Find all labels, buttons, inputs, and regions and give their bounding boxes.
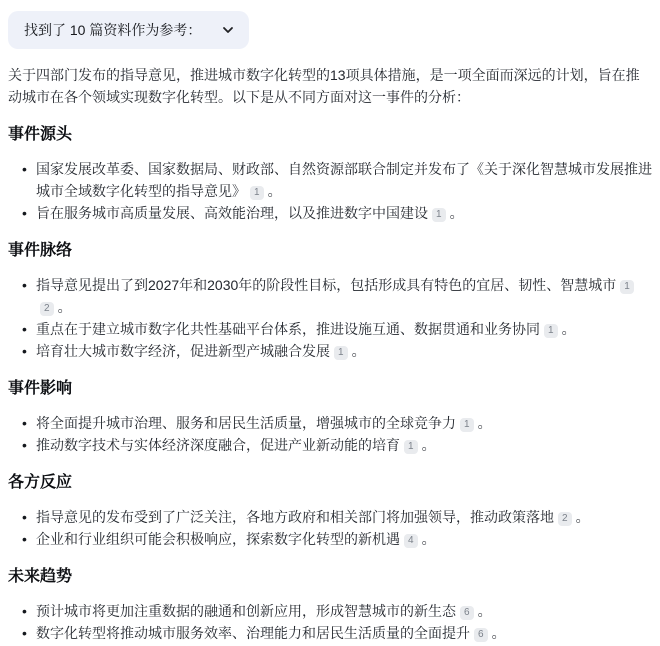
list-item: 旨在服务城市高质量发展、高效能治理，以及推进数字中国建设1。 [36, 202, 652, 224]
bullet-text: 数字化转型将推动城市服务效率、治理能力和居民生活质量的全面提升 [36, 625, 470, 641]
list-item: 将全面提升城市治理、服务和居民生活质量，增强城市的全球竞争力1。 [36, 412, 652, 434]
list-item: 国家发展改革委、国家数据局、财政部、自然资源部联合制定并发布了《关于深化智慧城市… [36, 158, 652, 202]
bullet-period: 。 [478, 603, 492, 619]
list-item: 指导意见的发布受到了广泛关注，各地方政府和相关部门将加强领导，推动政策落地2。 [36, 506, 652, 528]
list-item: 预计城市将更加注重数据的融通和创新应用，形成智慧城市的新生态6。 [36, 600, 652, 622]
citation-badge[interactable]: 1 [544, 324, 558, 338]
list-item: 指导意见提出了到2027年和2030年的阶段性目标，包括形成具有特色的宜居、韧性… [36, 274, 652, 318]
bullet-list: 将全面提升城市治理、服务和居民生活质量，增强城市的全球竞争力1。 推动数字技术与… [8, 412, 652, 456]
citation-badge[interactable]: 2 [40, 302, 54, 316]
section-heading: 各方反应 [8, 472, 652, 494]
bullet-period: 。 [422, 437, 436, 453]
bullet-period: 。 [268, 183, 282, 199]
bullet-text: 培育壮大城市数字经济，促进新型产城融合发展 [36, 343, 330, 359]
bullet-period: 。 [492, 625, 506, 641]
list-item: 企业和行业组织可能会积极响应，探索数字化转型的新机遇4。 [36, 528, 652, 550]
section-heading: 事件影响 [8, 378, 652, 400]
citation-badge[interactable]: 1 [432, 208, 446, 222]
bullet-text: 国家发展改革委、国家数据局、财政部、自然资源部联合制定并发布了《关于深化智慧城市… [36, 161, 652, 199]
citation-badge[interactable]: 1 [334, 346, 348, 360]
bullet-text: 指导意见的发布受到了广泛关注，各地方政府和相关部门将加强领导，推动政策落地 [36, 509, 554, 525]
section-heading: 未来趋势 [8, 566, 652, 588]
bullet-period: 。 [478, 415, 492, 431]
list-item: 重点在于建立城市数字化共性基础平台体系，推进设施互通、数据贯通和业务协同1。 [36, 318, 652, 340]
citation-badge[interactable]: 1 [460, 418, 474, 432]
list-item: 数字化转型将推动城市服务效率、治理能力和居民生活质量的全面提升6。 [36, 622, 652, 644]
citation-badge[interactable]: 1 [250, 186, 264, 200]
citation-badge[interactable]: 2 [558, 512, 572, 526]
intro-paragraph: 关于四部门发布的指导意见，推进城市数字化转型的13项具体措施，是一项全面而深远的… [8, 64, 652, 108]
citation-badge[interactable]: 4 [404, 534, 418, 548]
list-item: 推动数字技术与实体经济深度融合，促进产业新动能的培育1。 [36, 434, 652, 456]
citation-badge[interactable]: 6 [474, 628, 488, 642]
bullet-list: 指导意见的发布受到了广泛关注，各地方政府和相关部门将加强领导，推动政策落地2。 … [8, 506, 652, 550]
list-item: 培育壮大城市数字经济，促进新型产城融合发展1。 [36, 340, 652, 362]
bullet-text: 推动数字技术与实体经济深度融合，促进产业新动能的培育 [36, 437, 400, 453]
sources-banner[interactable]: 找到了 10 篇资料作为参考： [8, 11, 249, 49]
bullet-text: 预计城市将更加注重数据的融通和创新应用，形成智慧城市的新生态 [36, 603, 456, 619]
bullet-period: 。 [422, 531, 436, 547]
bullet-list: 国家发展改革委、国家数据局、财政部、自然资源部联合制定并发布了《关于深化智慧城市… [8, 158, 652, 224]
citation-badge[interactable]: 1 [404, 440, 418, 454]
citation-badge[interactable]: 6 [460, 606, 474, 620]
bullet-period: 。 [576, 509, 590, 525]
bullet-period: 。 [562, 321, 576, 337]
bullet-period: 。 [352, 343, 366, 359]
sources-banner-label: 找到了 10 篇资料作为参考： [24, 20, 201, 40]
bullet-period: 。 [450, 205, 464, 221]
bullet-period: 。 [58, 299, 72, 315]
bullet-text: 旨在服务城市高质量发展、高效能治理，以及推进数字中国建设 [36, 205, 428, 221]
bullet-text: 重点在于建立城市数字化共性基础平台体系，推进设施互通、数据贯通和业务协同 [36, 321, 540, 337]
bullet-text: 指导意见提出了到2027年和2030年的阶段性目标，包括形成具有特色的宜居、韧性… [36, 277, 616, 293]
answer-body: 找到了 10 篇资料作为参考： 关于四部门发布的指导意见，推进城市数字化转型的1… [0, 0, 660, 644]
bullet-list: 指导意见提出了到2027年和2030年的阶段性目标，包括形成具有特色的宜居、韧性… [8, 274, 652, 362]
bullet-text: 企业和行业组织可能会积极响应，探索数字化转型的新机遇 [36, 531, 400, 547]
section-heading: 事件脉络 [8, 240, 652, 262]
bullet-text: 将全面提升城市治理、服务和居民生活质量，增强城市的全球竞争力 [36, 415, 456, 431]
bullet-list: 预计城市将更加注重数据的融通和创新应用，形成智慧城市的新生态6。 数字化转型将推… [8, 600, 652, 644]
citation-badge[interactable]: 1 [620, 280, 634, 294]
chevron-down-icon [221, 23, 235, 37]
section-heading: 事件源头 [8, 124, 652, 146]
